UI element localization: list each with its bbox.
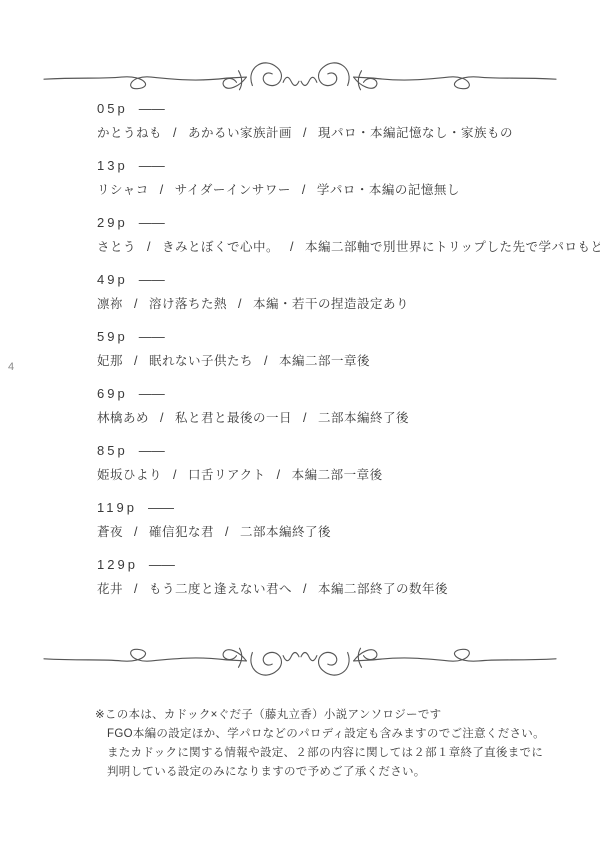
page-value: 59p bbox=[97, 329, 128, 344]
page-value: 29p bbox=[97, 215, 128, 230]
entry-title: 眠れない子供たち bbox=[149, 354, 253, 368]
entry-note: 本編二部終了の数年後 bbox=[318, 582, 448, 596]
page-value: 13p bbox=[97, 158, 128, 173]
separator: / bbox=[147, 239, 151, 255]
entry-page-number: 59p―― bbox=[97, 329, 557, 345]
entry-detail: 妃那/眠れない子供たち/本編二部一章後 bbox=[97, 353, 557, 369]
disclaimer-note: ※この本は、カドック×ぐだ子（藤丸立香）小説アンソロジーです FGO本編の設定ほ… bbox=[95, 706, 545, 782]
separator: / bbox=[160, 182, 164, 198]
toc-entry: 129p―― 花井/もう二度と逢えない君へ/本編二部終了の数年後 bbox=[97, 557, 557, 597]
entry-title: サイダーインサワー bbox=[175, 183, 291, 197]
separator: / bbox=[303, 581, 307, 597]
entry-detail: 姫坂ひより/口舌リアクト/本編二部一章後 bbox=[97, 467, 557, 483]
entry-page-number: 49p―― bbox=[97, 272, 557, 288]
entry-detail: 蒼夜/確信犯な君/二部本編終了後 bbox=[97, 524, 557, 540]
entry-note: 現パロ・本編記憶なし・家族もの bbox=[318, 126, 513, 140]
entry-author: さとう bbox=[97, 240, 136, 254]
entry-title: もう二度と逢えない君へ bbox=[149, 582, 292, 596]
page-value: 129p bbox=[97, 557, 138, 572]
page-dash: ―― bbox=[139, 272, 165, 287]
separator: / bbox=[303, 125, 307, 141]
separator: / bbox=[238, 296, 242, 312]
entry-author: 凛祢 bbox=[97, 297, 123, 311]
entry-note: 本編二部一章後 bbox=[292, 468, 383, 482]
page-value: 85p bbox=[97, 443, 128, 458]
entry-author: 林檎あめ bbox=[97, 411, 149, 425]
toc-entry: 59p―― 妃那/眠れない子供たち/本編二部一章後 bbox=[97, 329, 557, 369]
flourish-ornament-icon bbox=[42, 643, 558, 681]
entry-page-number: 69p―― bbox=[97, 386, 557, 402]
entry-note: 二部本編終了後 bbox=[318, 411, 409, 425]
separator: / bbox=[134, 581, 138, 597]
page-value: 69p bbox=[97, 386, 128, 401]
entry-title: 溶け落ちた熱 bbox=[149, 297, 227, 311]
toc-entry: 29p―― さとう/きみとぼくで心中。/本編二部軸で別世界にトリップした先で学パ… bbox=[97, 215, 557, 255]
page-number: 4 bbox=[8, 361, 14, 373]
disclaimer-line: FGO本編の設定ほか、学パロなどのパロディ設定も含みますのでご注意ください。 bbox=[95, 725, 545, 744]
toc-entry: 13p―― リシャコ/サイダーインサワー/学パロ・本編の記憶無し bbox=[97, 158, 557, 198]
page-dash: ―― bbox=[139, 386, 165, 401]
entry-page-number: 29p―― bbox=[97, 215, 557, 231]
entry-title: 口舌リアクト bbox=[188, 468, 266, 482]
separator: / bbox=[290, 239, 294, 255]
disclaimer-line: ※この本は、カドック×ぐだ子（藤丸立香）小説アンソロジーです bbox=[95, 706, 545, 725]
divider-flourish-top bbox=[42, 57, 558, 95]
separator: / bbox=[173, 467, 177, 483]
entry-detail: 凛祢/溶け落ちた熱/本編・若干の捏造設定あり bbox=[97, 296, 557, 312]
separator: / bbox=[134, 524, 138, 540]
entry-page-number: 05p―― bbox=[97, 101, 557, 117]
page-dash: ―― bbox=[139, 443, 165, 458]
toc-entry: 69p―― 林檎あめ/私と君と最後の一日/二部本編終了後 bbox=[97, 386, 557, 426]
separator: / bbox=[302, 182, 306, 198]
entry-detail: かとうねも/あかるい家族計画/現パロ・本編記憶なし・家族もの bbox=[97, 125, 557, 141]
page-dash: ―― bbox=[139, 215, 165, 230]
entry-author: リシャコ bbox=[97, 183, 149, 197]
separator: / bbox=[173, 125, 177, 141]
entry-detail: 林檎あめ/私と君と最後の一日/二部本編終了後 bbox=[97, 410, 557, 426]
toc-entry: 85p―― 姫坂ひより/口舌リアクト/本編二部一章後 bbox=[97, 443, 557, 483]
disclaimer-line: 判明している設定のみになりますので予めご了承ください。 bbox=[95, 763, 545, 782]
entry-page-number: 119p―― bbox=[97, 500, 557, 516]
entry-author: 妃那 bbox=[97, 354, 123, 368]
flourish-ornament-icon bbox=[42, 57, 558, 95]
entry-author: 姫坂ひより bbox=[97, 468, 162, 482]
separator: / bbox=[160, 410, 164, 426]
page-value: 119p bbox=[97, 500, 137, 515]
entry-page-number: 85p―― bbox=[97, 443, 557, 459]
toc-page: 05p―― かとうねも/あかるい家族計画/現パロ・本編記憶なし・家族もの 13p… bbox=[0, 0, 600, 841]
separator: / bbox=[225, 524, 229, 540]
entry-author: 蒼夜 bbox=[97, 525, 123, 539]
page-value: 49p bbox=[97, 272, 128, 287]
entry-page-number: 13p―― bbox=[97, 158, 557, 174]
entry-detail: リシャコ/サイダーインサワー/学パロ・本編の記憶無し bbox=[97, 182, 557, 198]
entry-note: 学パロ・本編の記憶無し bbox=[317, 183, 460, 197]
entry-title: 確信犯な君 bbox=[149, 525, 214, 539]
entry-author: かとうねも bbox=[97, 126, 162, 140]
page-dash: ―― bbox=[149, 557, 175, 572]
separator: / bbox=[134, 296, 138, 312]
disclaimer-line: またカドックに関する情報や設定、２部の内容に関しては２部１章終了直後までに bbox=[95, 744, 545, 763]
divider-flourish-bottom bbox=[42, 643, 558, 681]
page-dash: ―― bbox=[148, 500, 174, 515]
separator: / bbox=[134, 353, 138, 369]
toc-entry: 05p―― かとうねも/あかるい家族計画/現パロ・本編記憶なし・家族もの bbox=[97, 101, 557, 141]
entry-title: 私と君と最後の一日 bbox=[175, 411, 292, 425]
entry-author: 花井 bbox=[97, 582, 123, 596]
toc-list: 05p―― かとうねも/あかるい家族計画/現パロ・本編記憶なし・家族もの 13p… bbox=[97, 101, 557, 614]
page-dash: ―― bbox=[139, 101, 165, 116]
entry-note: 本編・若干の捏造設定あり bbox=[253, 297, 409, 311]
page-value: 05p bbox=[97, 101, 128, 116]
page-dash: ―― bbox=[139, 158, 165, 173]
entry-note: 本編二部軸で別世界にトリップした先で学パロもどき bbox=[305, 240, 600, 254]
entry-title: あかるい家族計画 bbox=[188, 126, 292, 140]
entry-detail: さとう/きみとぼくで心中。/本編二部軸で別世界にトリップした先で学パロもどき bbox=[97, 239, 557, 255]
entry-note: 二部本編終了後 bbox=[240, 525, 331, 539]
entry-note: 本編二部一章後 bbox=[279, 354, 370, 368]
entry-title: きみとぼくで心中。 bbox=[162, 240, 279, 254]
entry-detail: 花井/もう二度と逢えない君へ/本編二部終了の数年後 bbox=[97, 581, 557, 597]
toc-entry: 119p―― 蒼夜/確信犯な君/二部本編終了後 bbox=[97, 500, 557, 540]
separator: / bbox=[277, 467, 281, 483]
separator: / bbox=[264, 353, 268, 369]
page-dash: ―― bbox=[139, 329, 165, 344]
toc-entry: 49p―― 凛祢/溶け落ちた熱/本編・若干の捏造設定あり bbox=[97, 272, 557, 312]
entry-page-number: 129p―― bbox=[97, 557, 557, 573]
separator: / bbox=[303, 410, 307, 426]
